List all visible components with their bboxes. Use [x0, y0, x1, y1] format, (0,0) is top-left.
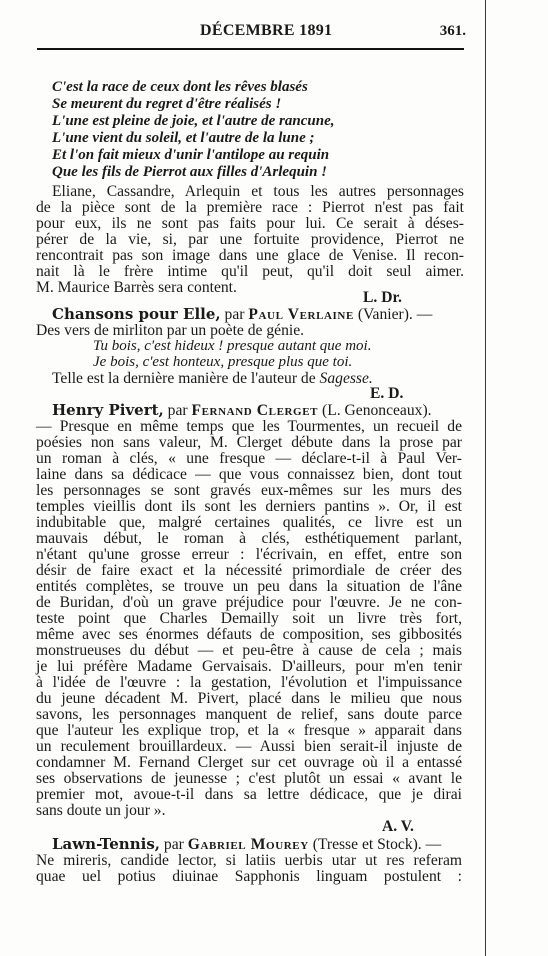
text-line: de la pièce sont de la première race : P…	[36, 199, 464, 216]
text-line: — Presque en même temps que les Tourment…	[36, 418, 462, 435]
author-name: Paul Verlaine	[248, 306, 354, 323]
verse-line: Tu bois, c'est hideux ! presque autant q…	[93, 338, 371, 355]
text-line: quae uel potius diuinae Sapphonis lingua…	[36, 868, 462, 885]
par-text: par	[164, 836, 184, 853]
closing-text: Telle est la dernière manière de l'auteu…	[52, 370, 320, 387]
publisher: (Vanier). —	[358, 306, 432, 323]
author-name: Gabriel Mourey	[188, 836, 309, 853]
running-header: DÉCEMBRE 1891 361.	[36, 22, 464, 46]
text-line: désir de faire exact et la nécessité pri…	[36, 562, 462, 579]
signature: L. Dr.	[363, 289, 402, 306]
publisher: (Tresse et Stock). —	[313, 836, 442, 853]
text-line: pérer de la vie, si, par une fortuite pr…	[36, 231, 464, 248]
book-title: Lawn-Tennis,	[52, 835, 160, 853]
review-heading: Henry Pivert, par Fernand Clerget (L. Ge…	[52, 402, 432, 419]
verse-line: Je bois, c'est honteux, presque plus que…	[93, 354, 352, 371]
author-name: Fernand Clerget	[192, 402, 319, 419]
text-line: Eliane, Cassandre, Arlequin et tous les …	[52, 183, 464, 200]
review-heading: Lawn-Tennis, par Gabriel Mourey (Tresse …	[52, 836, 441, 853]
text-line: à l'idée de l'œuvre : la gestation, l'év…	[36, 674, 462, 691]
text-line: indubitable que, malgré certaines qualit…	[36, 514, 462, 531]
text-line: un reculement brouillardeux. — Aussi bie…	[36, 738, 462, 755]
verse-line: L'une vient du soleil, et l'autre de la …	[52, 130, 315, 147]
scanned-page: DÉCEMBRE 1891 361. C'est la race de ceux…	[0, 0, 548, 956]
text-line: un roman à clés, « une fresque — déclare…	[36, 450, 462, 467]
text-line: pour eux, ils ne sont pas faits pour lui…	[36, 215, 464, 232]
par-text: par	[225, 306, 245, 323]
book-title: Chansons pour Elle,	[52, 305, 221, 323]
text-line: premier mot, avoue-t-il dans sa lettre d…	[36, 786, 462, 803]
text-line: de Buridan, d'où un grave préjudice pour…	[36, 594, 462, 611]
text-line: Telle est la dernière manière de l'auteu…	[52, 370, 373, 387]
verse-line: Se meurent du regret d'être réalisés !	[52, 96, 281, 113]
running-header-title: DÉCEMBRE 1891	[200, 22, 332, 40]
text-line: temples vieillis dont ils sont les derni…	[36, 498, 462, 515]
text-line: rencontrait pas son image dans une glace…	[36, 247, 464, 264]
review-heading: Chansons pour Elle, par Paul Verlaine (V…	[52, 306, 432, 323]
par-text: par	[168, 402, 188, 419]
text-line: condamner M. Fernand Clerget sur cet ouv…	[36, 754, 462, 771]
text-line: ses observations de jeunesse ; c'est plu…	[36, 770, 462, 787]
text-line: laine dans sa dédicace — que vous connai…	[36, 466, 462, 483]
verse-line: L'une est pleine de joie, et l'autre de …	[52, 113, 334, 130]
text-line: teste point que Charles Demailly soit un…	[36, 610, 462, 627]
page-edge-line	[485, 0, 486, 956]
text-line: du jeune décadent M. Pivert, placé dans …	[36, 690, 462, 707]
signature: E. D.	[370, 385, 403, 402]
text-line: entités complètes, se trouve un peu dans…	[36, 578, 462, 595]
text-line: je lui préfère Madame Gervaisais. D'aill…	[36, 658, 462, 675]
text-line: savons, les personnages manquent de reli…	[36, 706, 462, 723]
text-line: n'étant qu'une grosse erreur : l'écrivai…	[36, 546, 462, 563]
publisher: (L. Genonceaux).	[322, 402, 432, 419]
header-rule	[37, 48, 464, 50]
text-line: nait là le frère intime qu'il peut, qu'i…	[36, 263, 464, 280]
page-number: 361.	[440, 23, 466, 40]
verse-line: Que les fils de Pierrot aux filles d'Arl…	[52, 164, 327, 181]
text-line: les personnages se sont gravés eux-mêmes…	[36, 482, 462, 499]
text-line: monstrueuses du début — et peu-être à ca…	[36, 642, 462, 659]
text-line: M. Maurice Barrès sera content.	[36, 279, 237, 296]
signature: A. V.	[382, 818, 414, 835]
text-line: sans doute un jour ».	[36, 802, 166, 819]
text-line: poésies non sans valeur, M. Clerget débu…	[36, 434, 462, 451]
text-line: même avec ses énormes défauts de composi…	[36, 626, 462, 643]
text-line: que l'auteur les explique trop, et la « …	[36, 722, 462, 739]
verse-line: Et l'on fait mieux d'unir l'antilope au …	[52, 147, 329, 164]
text-line: mauvais début, le roman à clés, esthétiq…	[36, 530, 462, 547]
book-reference: Sagesse.	[320, 370, 373, 387]
verse-line: C'est la race de ceux dont les rêves bla…	[52, 79, 308, 96]
book-title: Henry Pivert,	[52, 401, 164, 419]
text-line: Ne mireris, candide lector, si latiis ue…	[36, 852, 462, 869]
text-line: Des vers de mirliton par un poète de gén…	[36, 322, 304, 339]
